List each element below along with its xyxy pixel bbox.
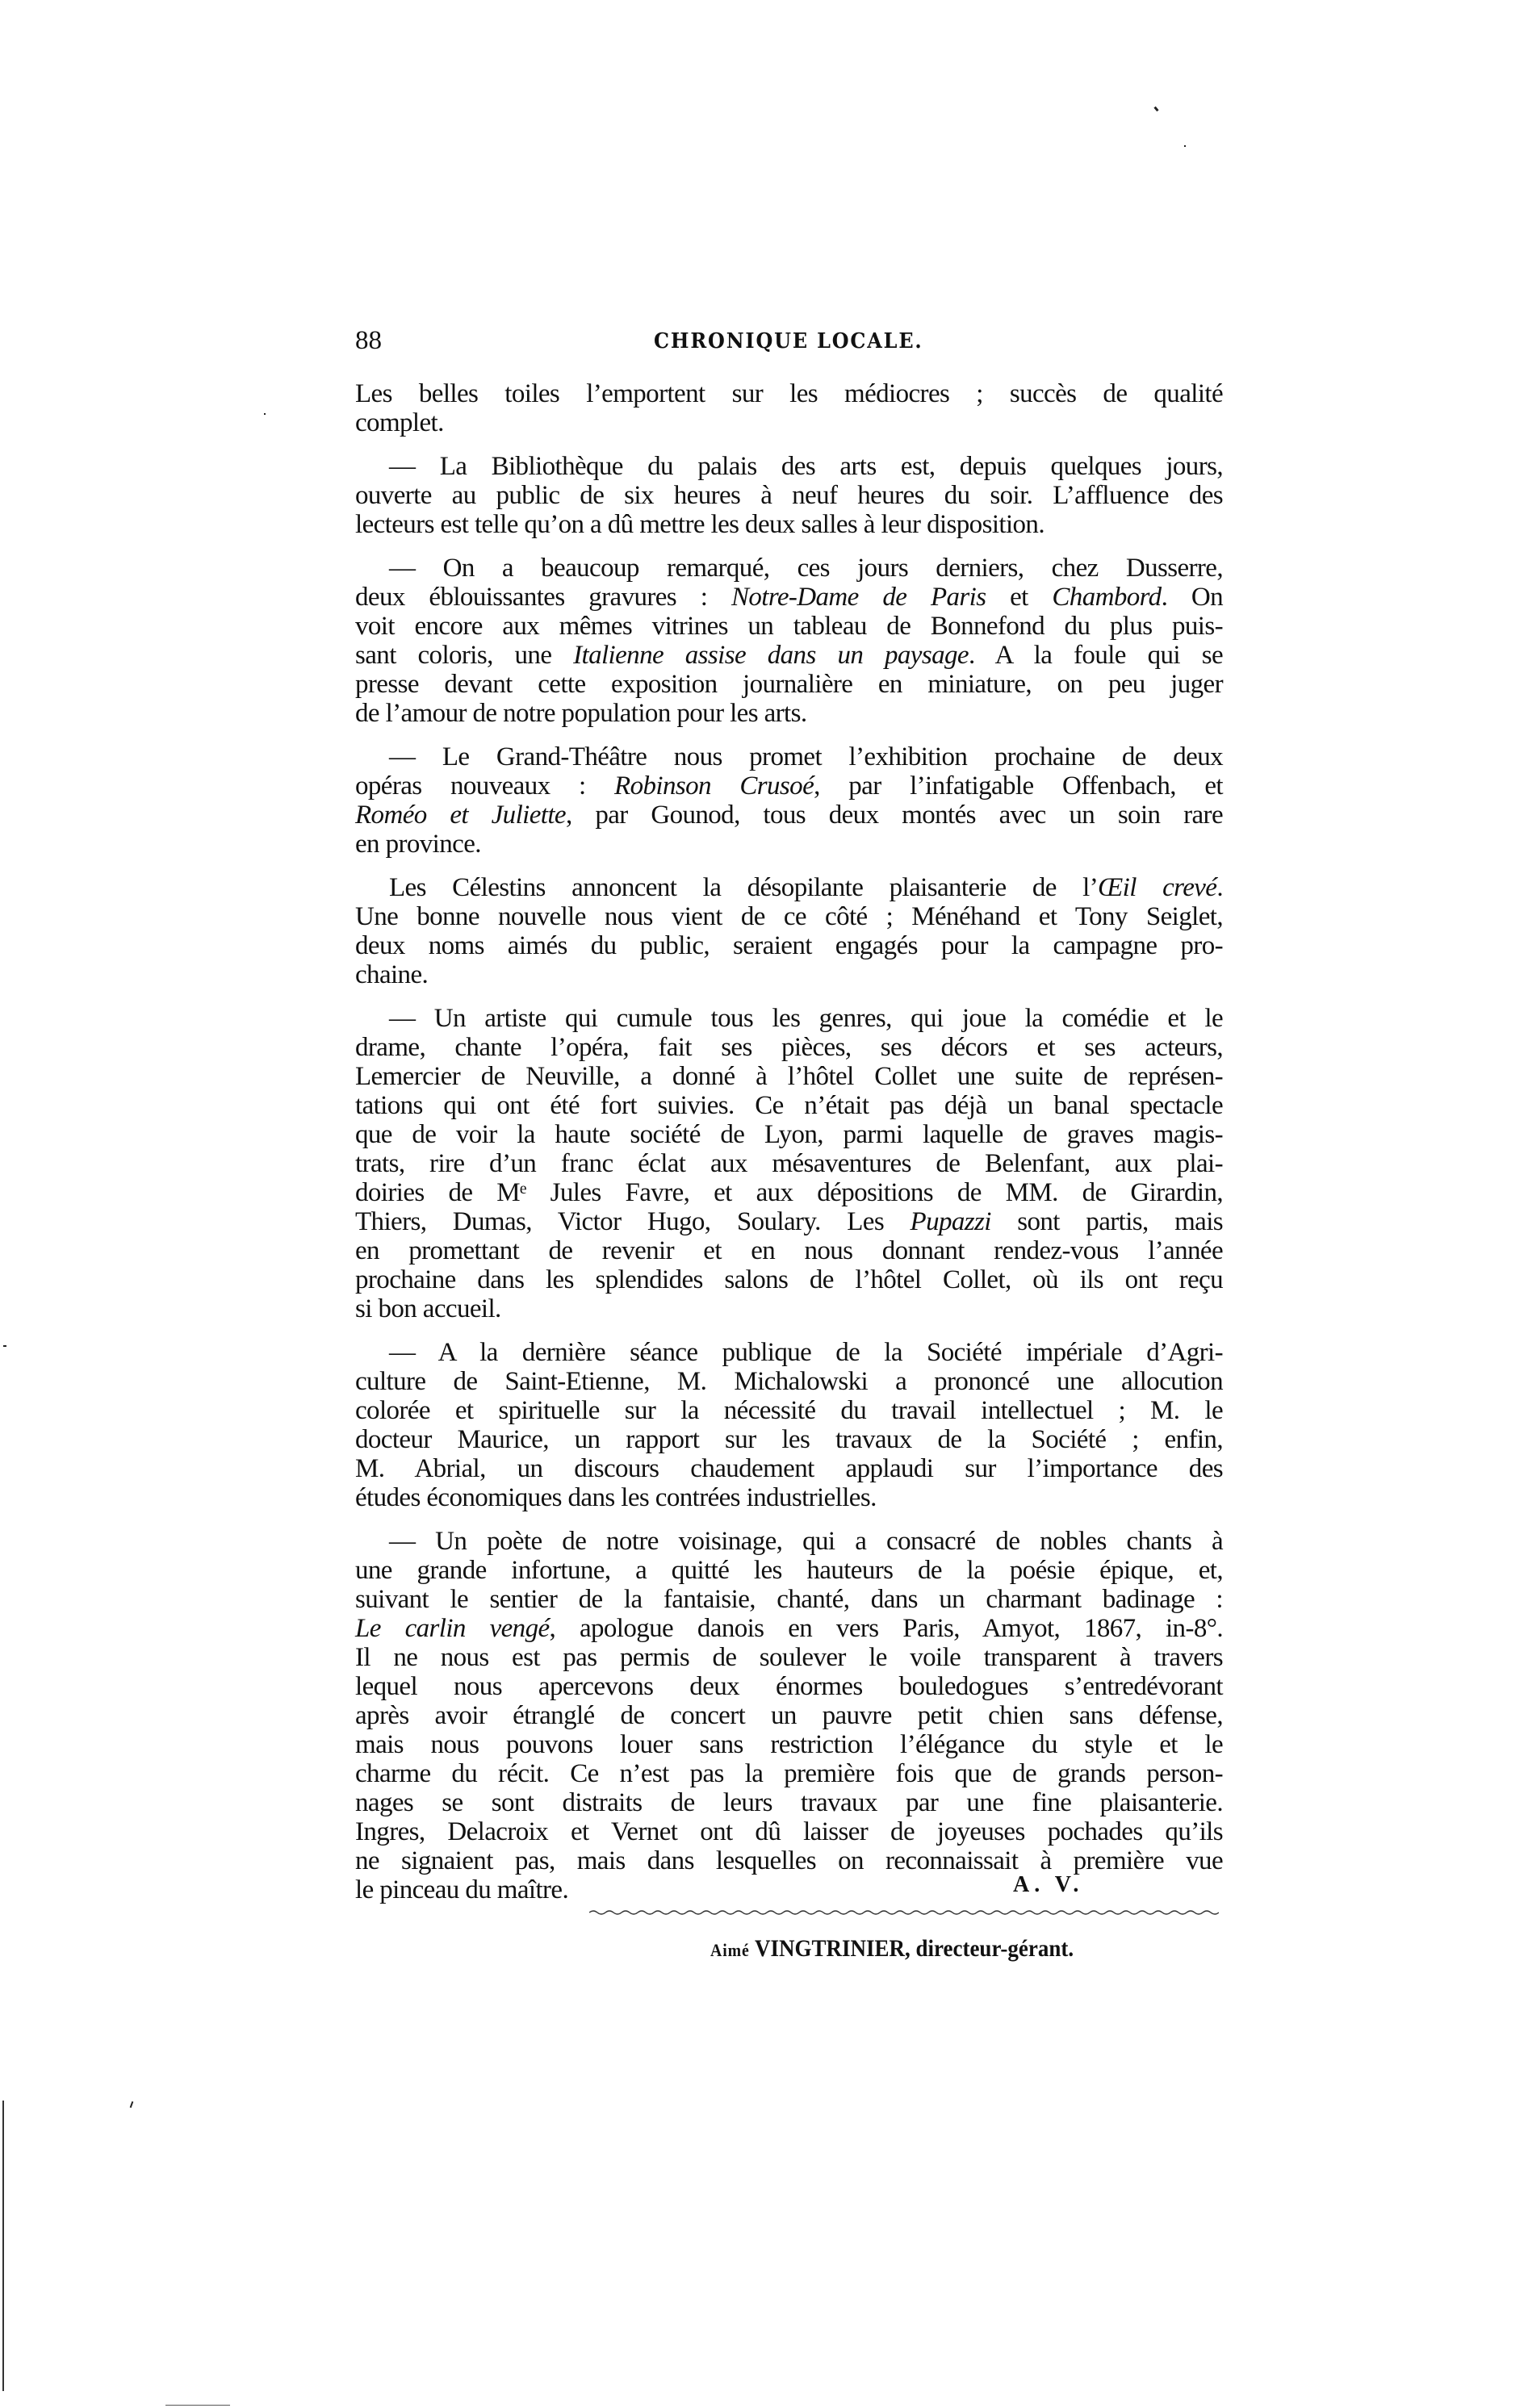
author-initials: A. V. — [1013, 1871, 1083, 1900]
text-line: — A la dernière séance publique de la So… — [355, 1338, 1223, 1367]
text-line: Une bonne nouvelle nous vient de ce côté… — [355, 902, 1223, 931]
text-line: lequel nous apercevons deux énormes boul… — [355, 1672, 1223, 1701]
text-line: deux éblouissantes gravures : Notre-Dame… — [355, 583, 1223, 612]
scan-speck — [3, 1345, 6, 1347]
text-line: — Un artiste qui cumule tous les genres,… — [355, 1004, 1223, 1033]
italic-title: Robinson Crusoé — [614, 771, 814, 801]
paragraph: — Le Grand-Théâtre nous promet l’exhibit… — [355, 742, 1223, 859]
text-line: — Le Grand-Théâtre nous promet l’exhibit… — [355, 742, 1223, 771]
text-line: charme du récit. Ce n’est pas la premièr… — [355, 1759, 1223, 1788]
text-line: — La Bibliothèque du palais des arts est… — [355, 452, 1223, 481]
page-number: 88 — [355, 326, 382, 355]
paragraph: Les belles toiles l’emportent sur les mé… — [355, 379, 1223, 437]
italic-title: Pupazzi — [911, 1207, 991, 1236]
text-line: lecteurs est telle qu’on a dû mettre les… — [355, 510, 1223, 539]
signature-name-title: VINGTRINIER, directeur-gérant. — [750, 1935, 1074, 1962]
text-line: en promettant de revenir et en nous donn… — [355, 1236, 1223, 1265]
text-line: suivant le sentier de la fantaisie, chan… — [355, 1585, 1223, 1614]
text-line: si bon accueil. — [355, 1294, 1223, 1323]
text-line: — Un poète de notre voisinage, qui a con… — [355, 1527, 1223, 1556]
text-line: études économiques dans les contrées ind… — [355, 1483, 1223, 1512]
text-line: Le carlin vengé, apologue danois en vers… — [355, 1614, 1223, 1643]
scanned-page: 88 CHRONIQUE LOCALE. Les belles toiles l… — [0, 0, 1528, 2408]
scan-speck — [165, 2405, 230, 2406]
paragraph: — Un artiste qui cumule tous les genres,… — [355, 1004, 1223, 1323]
paragraph: Les Célestins annoncent la désopilante p… — [355, 873, 1223, 989]
scan-speck — [264, 413, 266, 415]
scan-speck — [1153, 107, 1158, 112]
article-body: Les belles toiles l’emportent sur les mé… — [355, 379, 1223, 1919]
text-line: nages se sont distraits de leurs travaux… — [355, 1788, 1223, 1817]
text-line: Thiers, Dumas, Victor Hugo, Soulary. Les… — [355, 1207, 1223, 1236]
text-line: chaine. — [355, 960, 1223, 989]
text-line: deux noms aimés du public, seraient enga… — [355, 931, 1223, 960]
italic-title: Italienne assise dans un paysage — [573, 641, 969, 670]
paragraph: — La Bibliothèque du palais des arts est… — [355, 452, 1223, 539]
text-line: M. Abrial, un discours chaudement applau… — [355, 1454, 1223, 1483]
text-line: après avoir étranglé de concert un pauvr… — [355, 1701, 1223, 1730]
text-line: que de voir la haute société de Lyon, pa… — [355, 1120, 1223, 1149]
text-line: presse devant cette exposition journaliè… — [355, 670, 1223, 699]
text-line: une grande infortune, a quitté les haute… — [355, 1556, 1223, 1585]
text-line: doiries de Mᵉ Jules Favre, et aux déposi… — [355, 1178, 1223, 1207]
text-line: colorée et spirituelle sur la nécessité … — [355, 1396, 1223, 1425]
text-line: Ingres, Delacroix et Vernet ont dû laiss… — [355, 1817, 1223, 1846]
text-line: Les belles toiles l’emportent sur les mé… — [355, 379, 1223, 408]
paragraph: — A la dernière séance publique de la So… — [355, 1338, 1223, 1512]
text-line: — On a beaucoup remarqué, ces jours dern… — [355, 554, 1223, 583]
text-line: de l’amour de notre population pour les … — [355, 699, 1223, 728]
text-line: Les Célestins annoncent la désopilante p… — [355, 873, 1223, 902]
italic-title: Le carlin vengé — [355, 1614, 550, 1643]
text-line: culture de Saint-Etienne, M. Michalowski… — [355, 1367, 1223, 1396]
scan-speck — [1184, 145, 1186, 147]
scan-speck — [130, 2101, 134, 2108]
editor-signature: Aimé VINGTRINIER, directeur-gérant. — [710, 1933, 1074, 1967]
italic-title: Roméo et Juliette — [355, 801, 566, 830]
page-header: 88 CHRONIQUE LOCALE. — [355, 323, 1223, 358]
text-line: prochaine dans les splendides salons de … — [355, 1265, 1223, 1294]
wavy-separator-line — [589, 1909, 1219, 1916]
text-line: tations qui ont été fort suivies. Ce n’é… — [355, 1091, 1223, 1120]
text-line: ouverte au public de six heures à neuf h… — [355, 481, 1223, 510]
italic-title: Œil crevé — [1098, 873, 1216, 902]
text-line: complet. — [355, 408, 1223, 437]
italic-title: Notre-Dame de Paris — [731, 583, 986, 612]
text-line: en province. — [355, 830, 1223, 859]
text-line: Il ne nous est pas permis de soulever le… — [355, 1643, 1223, 1672]
scan-edge-line — [2, 2101, 4, 2391]
text-line: le pinceau du maître. — [355, 1875, 1223, 1904]
text-line: voit encore aux mêmes vitrines un tablea… — [355, 612, 1223, 641]
text-line: opéras nouveaux : Robinson Crusoé, par l… — [355, 771, 1223, 801]
text-line: trats, rire d’un franc éclat aux mésaven… — [355, 1149, 1223, 1178]
text-line: Roméo et Juliette, par Gounod, tous deux… — [355, 801, 1223, 830]
running-title: CHRONIQUE LOCALE. — [654, 329, 923, 353]
text-line: docteur Maurice, un rapport sur les trav… — [355, 1425, 1223, 1454]
italic-title: Chambord — [1052, 583, 1161, 612]
text-line: ne signaient pas, mais dans lesquelles o… — [355, 1846, 1223, 1875]
signature-first-name: Aimé — [710, 1940, 750, 1960]
text-line: drame, chante l’opéra, fait ses pièces, … — [355, 1033, 1223, 1062]
text-line: mais nous pouvons louer sans restriction… — [355, 1730, 1223, 1759]
text-line: sant coloris, une Italienne assise dans … — [355, 641, 1223, 670]
text-line: Lemercier de Neuville, a donné à l’hôtel… — [355, 1062, 1223, 1091]
paragraph: — Un poète de notre voisinage, qui a con… — [355, 1527, 1223, 1904]
paragraph: — On a beaucoup remarqué, ces jours dern… — [355, 554, 1223, 728]
